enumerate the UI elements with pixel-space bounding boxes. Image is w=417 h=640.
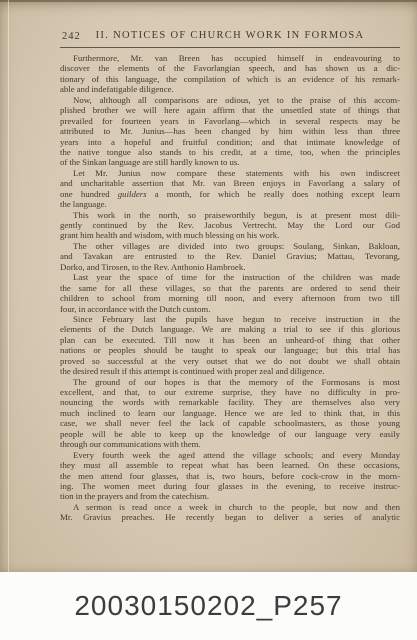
text-line: This work in the north, so praiseworthil… [60, 210, 400, 220]
watermark-strip: 20030150202_P257 [0, 572, 417, 640]
paragraph: Let Mr. Junius now compare these stateme… [60, 168, 400, 210]
text-line: people will be able to keep up the knowl… [60, 429, 400, 439]
text-line: plan can be executed. Till now it has be… [60, 335, 400, 345]
text-line: discover the elements of the Favorlangia… [60, 63, 400, 73]
text-line: prevailed for fourteen years in Favorlan… [60, 116, 400, 126]
text-line: children to school from morning till noo… [60, 293, 400, 303]
paragraph: A sermon is read once a week in church t… [60, 502, 400, 523]
text-line: they must all assemble to repeat what ha… [60, 460, 400, 470]
text-line: one hundred guilders a month, for which … [60, 189, 400, 199]
text-line: Every fourth week the aged attend the vi… [60, 450, 400, 460]
text-line: nations or peoples should be taught to s… [60, 345, 400, 355]
text-line: ing. The women meet during four glasses … [60, 481, 400, 491]
paragraph: Since February last the pupils have begu… [60, 314, 400, 377]
paragraph: This work in the north, so praiseworthil… [60, 210, 400, 241]
header-rule [60, 47, 400, 48]
page-content: 242 II. NOTICES OF CHURCH WORK IN FORMOS… [60, 30, 400, 523]
text-line: Dorko, and Tirosen, to the Rev. Anthonio… [60, 262, 400, 272]
text-line: nouncing the words with remarkable facil… [60, 397, 400, 407]
archive-id-label: 20030150202_P257 [74, 590, 342, 622]
text-line: The ground of our hopes is that the memo… [60, 377, 400, 387]
text-line: Mr. Gravius preaches. He recently began … [60, 512, 400, 522]
running-header: II. NOTICES OF CHURCH WORK IN FORMOSA [60, 30, 400, 41]
text-line: able and indefatigable diligence. [60, 84, 400, 94]
text-line: proved so successful at the very outset … [60, 356, 400, 366]
text-line: gently continued by the Rev. Jacobus Ver… [60, 220, 400, 230]
text-line: case, we shall never feel the lack of ca… [60, 418, 400, 428]
text-line: elements of the Dutch language. We are m… [60, 324, 400, 334]
page-number: 242 [62, 31, 81, 42]
text-line: A sermon is read once a week in church t… [60, 502, 400, 512]
page-header: 242 II. NOTICES OF CHURCH WORK IN FORMOS… [60, 30, 400, 45]
text-line: Now, although all comparisons are odious… [60, 95, 400, 105]
paragraph: Now, although all comparisons are odious… [60, 95, 400, 168]
text-line: excellent, and that, to our extreme surp… [60, 387, 400, 397]
text-line: attributed to Mr. Junius—has been change… [60, 126, 400, 136]
paragraph: Every fourth week the aged attend the vi… [60, 450, 400, 502]
text-line: the men attend four glasses, that is, tw… [60, 471, 400, 481]
paragraph: The other villages are divided into two … [60, 241, 400, 272]
text-line: Since February last the pupils have begu… [60, 314, 400, 324]
paragraph: Last year the space of time for the inst… [60, 272, 400, 314]
text-line: and uncharitable assertion that Mr. van … [60, 178, 400, 188]
text-line: the native tongue also stands to his cre… [60, 147, 400, 157]
text-line: years into a hopeful and fruitful condit… [60, 137, 400, 147]
text-line: Furthermore, Mr. van Breen has occupied … [60, 53, 400, 63]
scanned-page: 242 II. NOTICES OF CHURCH WORK IN FORMOS… [0, 0, 417, 572]
text-line: The other villages are divided into two … [60, 241, 400, 251]
text-line: tion in the prayers and from the catechi… [60, 491, 400, 501]
text-line: and Tavakan are entrusted to the Rev. Da… [60, 251, 400, 261]
text-line: much inclined to learn our language. Hen… [60, 408, 400, 418]
text-line: through our communications with them. [60, 439, 400, 449]
text-line: tionary of this language, the compilatio… [60, 74, 400, 84]
text-line: the desired result if this attempt is co… [60, 366, 400, 376]
text-line: the same for all these villages, so that… [60, 283, 400, 293]
page-body: Furthermore, Mr. van Breen has occupied … [60, 53, 400, 523]
text-line: four, in accordance with the Dutch custo… [60, 304, 400, 314]
text-line: of the Sinkan language are still hardly … [60, 157, 400, 167]
paragraph: The ground of our hopes is that the memo… [60, 377, 400, 450]
text-line: the language. [60, 199, 400, 209]
text-line: plished brother we will here again affir… [60, 105, 400, 115]
text-line: grant him health and wisdom, with much b… [60, 230, 400, 240]
text-line: Let Mr. Junius now compare these stateme… [60, 168, 400, 178]
paragraph: Furthermore, Mr. van Breen has occupied … [60, 53, 400, 95]
text-line: Last year the space of time for the inst… [60, 272, 400, 282]
